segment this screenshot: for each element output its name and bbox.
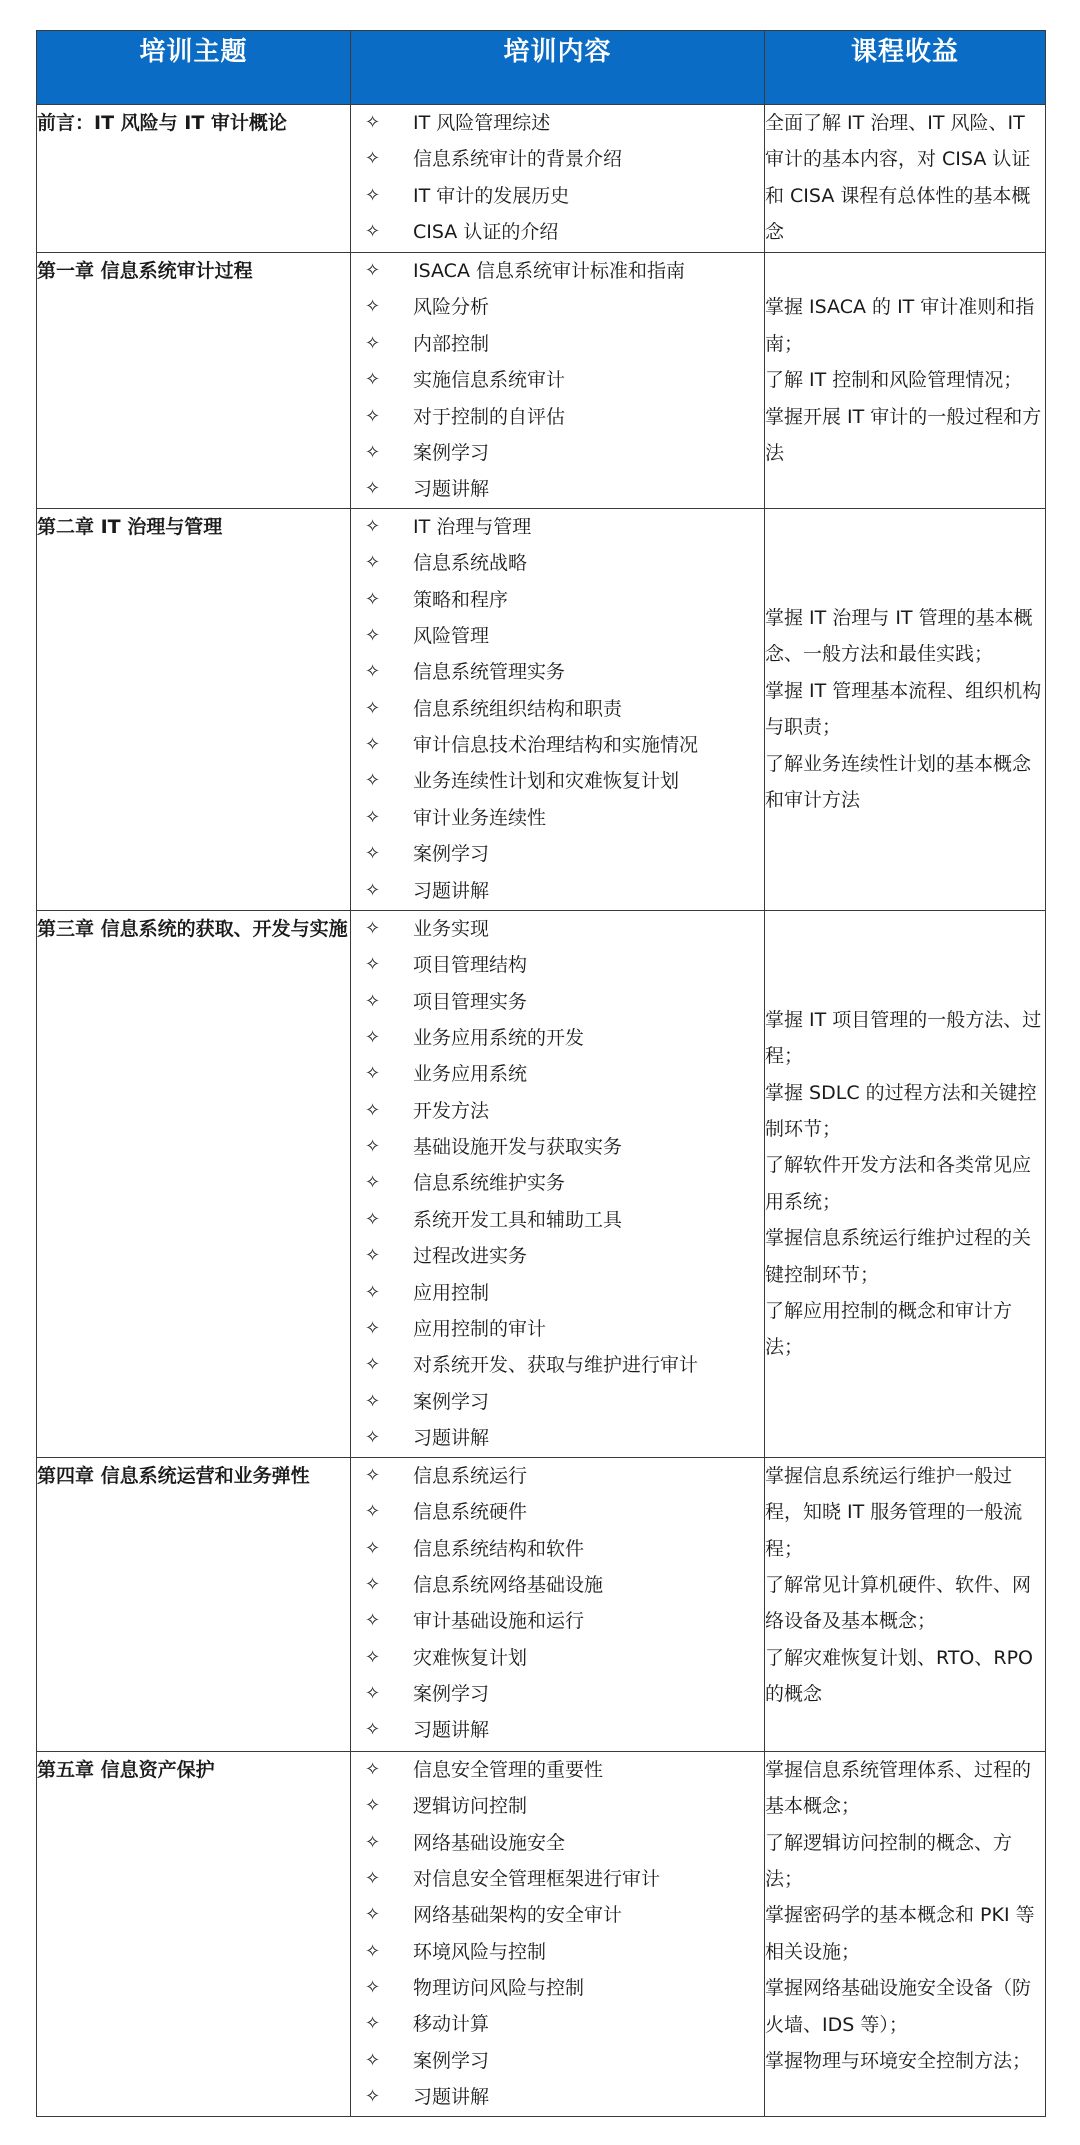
list-item: ✧实施信息系统审计	[351, 362, 764, 398]
list-item-text: 业务应用系统的开发	[413, 1020, 584, 1056]
diamond-bullet-icon: ✧	[351, 1934, 413, 1970]
list-item-text: 习题讲解	[413, 1420, 489, 1456]
diamond-bullet-icon: ✧	[351, 1897, 413, 1933]
list-item-text: 对于控制的自评估	[413, 399, 565, 435]
benefit-cell: 掌握信息系统管理体系、过程的基本概念；了解逻辑访问控制的概念、方法；掌握密码学的…	[765, 1751, 1046, 2116]
list-item: ✧物理访问风险与控制	[351, 1970, 764, 2006]
course-outline-table: 培训主题 培训内容 课程收益 前言：IT 风险与 IT 审计概论✧IT 风险管理…	[36, 30, 1046, 2117]
list-item: ✧信息系统组织结构和职责	[351, 691, 764, 727]
benefit-text: 了解逻辑访问控制的概念、方法；	[765, 1825, 1045, 1898]
list-item: ✧习题讲解	[351, 471, 764, 507]
table-row: 第三章 信息系统的获取、开发与实施✧业务实现✧项目管理结构✧项目管理实务✧业务应…	[37, 910, 1046, 1457]
list-item-text: 开发方法	[413, 1093, 489, 1129]
content-cell: ✧IT 风险管理综述✧信息系统审计的背景介绍✧IT 审计的发展历史✧CISA 认…	[351, 105, 765, 253]
list-item-text: 习题讲解	[413, 471, 489, 507]
list-item-text: 应用控制的审计	[413, 1311, 546, 1347]
benefit-text: 全面了解 IT 治理、IT 风险、IT 审计的基本内容，对 CISA 认证和 C…	[765, 105, 1045, 251]
diamond-bullet-icon: ✧	[351, 289, 413, 325]
table-row: 第四章 信息系统运营和业务弹性✧信息系统运行✧信息系统硬件✧信息系统结构和软件✧…	[37, 1457, 1046, 1751]
diamond-bullet-icon: ✧	[351, 1311, 413, 1347]
list-item-text: 对系统开发、获取与维护进行审计	[413, 1347, 698, 1383]
content-cell: ✧IT 治理与管理✧信息系统战略✧策略和程序✧风险管理✧信息系统管理实务✧信息系…	[351, 508, 765, 910]
diamond-bullet-icon: ✧	[351, 1420, 413, 1456]
list-item: ✧风险分析	[351, 289, 764, 325]
list-item-text: 业务实现	[413, 911, 489, 947]
benefit-text: 了解 IT 控制和风险管理情况；	[765, 362, 1045, 398]
list-item: ✧信息系统管理实务	[351, 654, 764, 690]
list-item-text: 习题讲解	[413, 1712, 489, 1748]
list-item: ✧网络基础设施安全	[351, 1825, 764, 1861]
list-item-text: 案例学习	[413, 1384, 489, 1420]
diamond-bullet-icon: ✧	[351, 1752, 413, 1788]
content-list: ✧信息系统运行✧信息系统硬件✧信息系统结构和软件✧信息系统网络基础设施✧审计基础…	[351, 1458, 764, 1749]
diamond-bullet-icon: ✧	[351, 727, 413, 763]
content-list: ✧ISACA 信息系统审计标准和指南✧风险分析✧内部控制✧实施信息系统审计✧对于…	[351, 253, 764, 508]
list-item: ✧IT 审计的发展历史	[351, 178, 764, 214]
diamond-bullet-icon: ✧	[351, 618, 413, 654]
table-row: 前言：IT 风险与 IT 审计概论✧IT 风险管理综述✧信息系统审计的背景介绍✧…	[37, 105, 1046, 253]
diamond-bullet-icon: ✧	[351, 911, 413, 947]
diamond-bullet-icon: ✧	[351, 326, 413, 362]
list-item-text: 业务连续性计划和灾难恢复计划	[413, 763, 679, 799]
benefit-cell: 掌握 IT 项目管理的一般方法、过程；掌握 SDLC 的过程方法和关键控制环节；…	[765, 910, 1046, 1457]
diamond-bullet-icon: ✧	[351, 947, 413, 983]
list-item: ✧习题讲解	[351, 2079, 764, 2115]
list-item: ✧移动计算	[351, 2006, 764, 2042]
list-item: ✧IT 风险管理综述	[351, 105, 764, 141]
diamond-bullet-icon: ✧	[351, 362, 413, 398]
list-item: ✧环境风险与控制	[351, 1934, 764, 1970]
list-item: ✧审计信息技术治理结构和实施情况	[351, 727, 764, 763]
list-item-text: 习题讲解	[413, 2079, 489, 2115]
list-item-text: ISACA 信息系统审计标准和指南	[413, 253, 685, 289]
list-item: ✧案例学习	[351, 1384, 764, 1420]
list-item-text: 过程改进实务	[413, 1238, 527, 1274]
list-item-text: CISA 认证的介绍	[413, 214, 558, 250]
list-item-text: 基础设施开发与获取实务	[413, 1129, 622, 1165]
diamond-bullet-icon: ✧	[351, 1970, 413, 2006]
diamond-bullet-icon: ✧	[351, 1494, 413, 1530]
list-item-text: 审计业务连续性	[413, 800, 546, 836]
benefit-cell: 掌握 ISACA 的 IT 审计准则和指南；了解 IT 控制和风险管理情况；掌握…	[765, 253, 1046, 509]
list-item-text: 信息系统组织结构和职责	[413, 691, 622, 727]
content-cell: ✧信息系统运行✧信息系统硬件✧信息系统结构和软件✧信息系统网络基础设施✧审计基础…	[351, 1457, 765, 1751]
diamond-bullet-icon: ✧	[351, 582, 413, 618]
list-item: ✧信息系统维护实务	[351, 1165, 764, 1201]
list-item: ✧系统开发工具和辅助工具	[351, 1202, 764, 1238]
list-item: ✧网络基础架构的安全审计	[351, 1897, 764, 1933]
list-item-text: 习题讲解	[413, 873, 489, 909]
list-item-text: 案例学习	[413, 836, 489, 872]
list-item-text: 信息系统结构和软件	[413, 1531, 584, 1567]
list-item-text: 系统开发工具和辅助工具	[413, 1202, 622, 1238]
diamond-bullet-icon: ✧	[351, 800, 413, 836]
diamond-bullet-icon: ✧	[351, 1458, 413, 1494]
diamond-bullet-icon: ✧	[351, 1129, 413, 1165]
diamond-bullet-icon: ✧	[351, 1275, 413, 1311]
benefit-text: 了解应用控制的概念和审计方法；	[765, 1293, 1045, 1366]
list-item: ✧逻辑访问控制	[351, 1788, 764, 1824]
list-item-text: 信息安全管理的重要性	[413, 1752, 603, 1788]
topic-cell: 第二章 IT 治理与管理	[37, 508, 351, 910]
list-item-text: IT 风险管理综述	[413, 105, 550, 141]
diamond-bullet-icon: ✧	[351, 873, 413, 909]
diamond-bullet-icon: ✧	[351, 1712, 413, 1748]
list-item: ✧习题讲解	[351, 1712, 764, 1748]
table-row: 第二章 IT 治理与管理✧IT 治理与管理✧信息系统战略✧策略和程序✧风险管理✧…	[37, 508, 1046, 910]
diamond-bullet-icon: ✧	[351, 253, 413, 289]
content-cell: ✧ISACA 信息系统审计标准和指南✧风险分析✧内部控制✧实施信息系统审计✧对于…	[351, 253, 765, 509]
diamond-bullet-icon: ✧	[351, 1056, 413, 1092]
diamond-bullet-icon: ✧	[351, 435, 413, 471]
diamond-bullet-icon: ✧	[351, 214, 413, 250]
benefit-text: 掌握 IT 项目管理的一般方法、过程；	[765, 1002, 1045, 1075]
list-item: ✧信息系统网络基础设施	[351, 1567, 764, 1603]
table-body: 前言：IT 风险与 IT 审计概论✧IT 风险管理综述✧信息系统审计的背景介绍✧…	[37, 105, 1046, 2117]
list-item: ✧过程改进实务	[351, 1238, 764, 1274]
list-item: ✧业务实现	[351, 911, 764, 947]
benefit-text: 掌握 IT 治理与 IT 管理的基本概念、一般方法和最佳实践；	[765, 600, 1045, 673]
benefit-text: 掌握 ISACA 的 IT 审计准则和指南；	[765, 289, 1045, 362]
diamond-bullet-icon: ✧	[351, 509, 413, 545]
list-item-text: 风险管理	[413, 618, 489, 654]
list-item-text: IT 治理与管理	[413, 509, 531, 545]
diamond-bullet-icon: ✧	[351, 836, 413, 872]
benefit-text: 掌握 IT 管理基本流程、组织机构与职责；	[765, 673, 1045, 746]
list-item-text: 实施信息系统审计	[413, 362, 565, 398]
list-item: ✧IT 治理与管理	[351, 509, 764, 545]
diamond-bullet-icon: ✧	[351, 984, 413, 1020]
list-item: ✧案例学习	[351, 836, 764, 872]
benefit-cell: 全面了解 IT 治理、IT 风险、IT 审计的基本内容，对 CISA 认证和 C…	[765, 105, 1046, 253]
list-item-text: 信息系统维护实务	[413, 1165, 565, 1201]
diamond-bullet-icon: ✧	[351, 1567, 413, 1603]
list-item: ✧基础设施开发与获取实务	[351, 1129, 764, 1165]
list-item-text: 信息系统审计的背景介绍	[413, 141, 622, 177]
header-topic: 培训主题	[37, 31, 351, 105]
list-item: ✧习题讲解	[351, 873, 764, 909]
benefit-cell: 掌握 IT 治理与 IT 管理的基本概念、一般方法和最佳实践；掌握 IT 管理基…	[765, 508, 1046, 910]
list-item: ✧灾难恢复计划	[351, 1640, 764, 1676]
benefit-text: 了解常见计算机硬件、软件、网络设备及基本概念；	[765, 1567, 1045, 1640]
topic-cell: 第五章 信息资产保护	[37, 1751, 351, 2116]
list-item: ✧习题讲解	[351, 1420, 764, 1456]
list-item: ✧内部控制	[351, 326, 764, 362]
list-item: ✧对系统开发、获取与维护进行审计	[351, 1347, 764, 1383]
content-list: ✧信息安全管理的重要性✧逻辑访问控制✧网络基础设施安全✧对信息安全管理框架进行审…	[351, 1752, 764, 2116]
topic-cell: 第三章 信息系统的获取、开发与实施	[37, 910, 351, 1457]
list-item: ✧应用控制	[351, 1275, 764, 1311]
list-item: ✧ISACA 信息系统审计标准和指南	[351, 253, 764, 289]
benefit-cell: 掌握信息系统运行维护一般过程，知晓 IT 服务管理的一般流程；了解常见计算机硬件…	[765, 1457, 1046, 1751]
list-item: ✧信息系统硬件	[351, 1494, 764, 1530]
benefit-text: 掌握网络基础设施安全设备（防火墙、IDS 等）；	[765, 1970, 1045, 2043]
list-item-text: 案例学习	[413, 2043, 489, 2079]
diamond-bullet-icon: ✧	[351, 1640, 413, 1676]
list-item: ✧CISA 认证的介绍	[351, 214, 764, 250]
header-content: 培训内容	[351, 31, 765, 105]
list-item: ✧业务应用系统	[351, 1056, 764, 1092]
list-item-text: 案例学习	[413, 435, 489, 471]
benefit-text: 掌握信息系统管理体系、过程的基本概念；	[765, 1752, 1045, 1825]
benefit-text: 掌握密码学的基本概念和 PKI 等相关设施；	[765, 1897, 1045, 1970]
diamond-bullet-icon: ✧	[351, 1165, 413, 1201]
list-item: ✧案例学习	[351, 1676, 764, 1712]
list-item: ✧项目管理结构	[351, 947, 764, 983]
diamond-bullet-icon: ✧	[351, 2006, 413, 2042]
list-item: ✧案例学习	[351, 2043, 764, 2079]
diamond-bullet-icon: ✧	[351, 399, 413, 435]
content-cell: ✧业务实现✧项目管理结构✧项目管理实务✧业务应用系统的开发✧业务应用系统✧开发方…	[351, 910, 765, 1457]
benefit-text: 掌握信息系统运行维护一般过程，知晓 IT 服务管理的一般流程；	[765, 1458, 1045, 1567]
list-item-text: 内部控制	[413, 326, 489, 362]
table-header: 培训主题 培训内容 课程收益	[37, 31, 1046, 105]
topic-cell: 前言：IT 风险与 IT 审计概论	[37, 105, 351, 253]
topic-cell: 第一章 信息系统审计过程	[37, 253, 351, 509]
list-item: ✧信息系统结构和软件	[351, 1531, 764, 1567]
list-item-text: 风险分析	[413, 289, 489, 325]
list-item: ✧业务连续性计划和灾难恢复计划	[351, 763, 764, 799]
list-item: ✧审计业务连续性	[351, 800, 764, 836]
diamond-bullet-icon: ✧	[351, 763, 413, 799]
diamond-bullet-icon: ✧	[351, 1788, 413, 1824]
diamond-bullet-icon: ✧	[351, 1825, 413, 1861]
list-item: ✧风险管理	[351, 618, 764, 654]
list-item-text: 审计基础设施和运行	[413, 1603, 584, 1639]
diamond-bullet-icon: ✧	[351, 545, 413, 581]
diamond-bullet-icon: ✧	[351, 1603, 413, 1639]
list-item: ✧审计基础设施和运行	[351, 1603, 764, 1639]
list-item-text: 案例学习	[413, 1676, 489, 1712]
list-item: ✧信息系统战略	[351, 545, 764, 581]
diamond-bullet-icon: ✧	[351, 1093, 413, 1129]
list-item-text: 项目管理结构	[413, 947, 527, 983]
content-cell: ✧信息安全管理的重要性✧逻辑访问控制✧网络基础设施安全✧对信息安全管理框架进行审…	[351, 1751, 765, 2116]
list-item-text: 信息系统硬件	[413, 1494, 527, 1530]
benefit-text: 了解灾难恢复计划、RTO、RPO 的概念	[765, 1640, 1045, 1713]
list-item: ✧策略和程序	[351, 582, 764, 618]
diamond-bullet-icon: ✧	[351, 141, 413, 177]
content-list: ✧IT 风险管理综述✧信息系统审计的背景介绍✧IT 审计的发展历史✧CISA 认…	[351, 105, 764, 251]
diamond-bullet-icon: ✧	[351, 1238, 413, 1274]
benefit-text: 掌握 SDLC 的过程方法和关键控制环节；	[765, 1075, 1045, 1148]
diamond-bullet-icon: ✧	[351, 178, 413, 214]
list-item-text: 网络基础架构的安全审计	[413, 1897, 622, 1933]
diamond-bullet-icon: ✧	[351, 105, 413, 141]
diamond-bullet-icon: ✧	[351, 1347, 413, 1383]
list-item-text: 项目管理实务	[413, 984, 527, 1020]
list-item-text: 信息系统管理实务	[413, 654, 565, 690]
topic-cell: 第四章 信息系统运营和业务弹性	[37, 1457, 351, 1751]
list-item: ✧对信息安全管理框架进行审计	[351, 1861, 764, 1897]
list-item-text: 灾难恢复计划	[413, 1640, 527, 1676]
header-benefit: 课程收益	[765, 31, 1046, 105]
benefit-text: 了解软件开发方法和各类常见应用系统；	[765, 1147, 1045, 1220]
benefit-text: 掌握开展 IT 审计的一般过程和方法	[765, 399, 1045, 472]
list-item-text: 策略和程序	[413, 582, 508, 618]
diamond-bullet-icon: ✧	[351, 2079, 413, 2115]
list-item: ✧业务应用系统的开发	[351, 1020, 764, 1056]
list-item: ✧信息系统审计的背景介绍	[351, 141, 764, 177]
list-item: ✧对于控制的自评估	[351, 399, 764, 435]
benefit-text: 掌握信息系统运行维护过程的关键控制环节；	[765, 1220, 1045, 1293]
list-item: ✧案例学习	[351, 435, 764, 471]
diamond-bullet-icon: ✧	[351, 1020, 413, 1056]
list-item: ✧信息系统运行	[351, 1458, 764, 1494]
list-item-text: 审计信息技术治理结构和实施情况	[413, 727, 698, 763]
diamond-bullet-icon: ✧	[351, 654, 413, 690]
list-item-text: 逻辑访问控制	[413, 1788, 527, 1824]
list-item: ✧应用控制的审计	[351, 1311, 764, 1347]
diamond-bullet-icon: ✧	[351, 1531, 413, 1567]
content-list: ✧业务实现✧项目管理结构✧项目管理实务✧业务应用系统的开发✧业务应用系统✧开发方…	[351, 911, 764, 1457]
diamond-bullet-icon: ✧	[351, 1384, 413, 1420]
list-item-text: IT 审计的发展历史	[413, 178, 569, 214]
list-item-text: 物理访问风险与控制	[413, 1970, 584, 2006]
list-item: ✧信息安全管理的重要性	[351, 1752, 764, 1788]
list-item: ✧项目管理实务	[351, 984, 764, 1020]
list-item-text: 环境风险与控制	[413, 1934, 546, 1970]
list-item-text: 信息系统运行	[413, 1458, 527, 1494]
diamond-bullet-icon: ✧	[351, 2043, 413, 2079]
list-item: ✧开发方法	[351, 1093, 764, 1129]
content-list: ✧IT 治理与管理✧信息系统战略✧策略和程序✧风险管理✧信息系统管理实务✧信息系…	[351, 509, 764, 909]
list-item-text: 信息系统网络基础设施	[413, 1567, 603, 1603]
list-item-text: 信息系统战略	[413, 545, 527, 581]
list-item-text: 网络基础设施安全	[413, 1825, 565, 1861]
diamond-bullet-icon: ✧	[351, 471, 413, 507]
list-item-text: 移动计算	[413, 2006, 489, 2042]
diamond-bullet-icon: ✧	[351, 691, 413, 727]
list-item-text: 业务应用系统	[413, 1056, 527, 1092]
benefit-text: 掌握物理与环境安全控制方法；	[765, 2043, 1045, 2079]
list-item-text: 应用控制	[413, 1275, 489, 1311]
table-row: 第一章 信息系统审计过程✧ISACA 信息系统审计标准和指南✧风险分析✧内部控制…	[37, 253, 1046, 509]
diamond-bullet-icon: ✧	[351, 1676, 413, 1712]
benefit-text: 了解业务连续性计划的基本概念和审计方法	[765, 746, 1045, 819]
list-item-text: 对信息安全管理框架进行审计	[413, 1861, 660, 1897]
diamond-bullet-icon: ✧	[351, 1202, 413, 1238]
diamond-bullet-icon: ✧	[351, 1861, 413, 1897]
table-row: 第五章 信息资产保护✧信息安全管理的重要性✧逻辑访问控制✧网络基础设施安全✧对信…	[37, 1751, 1046, 2116]
